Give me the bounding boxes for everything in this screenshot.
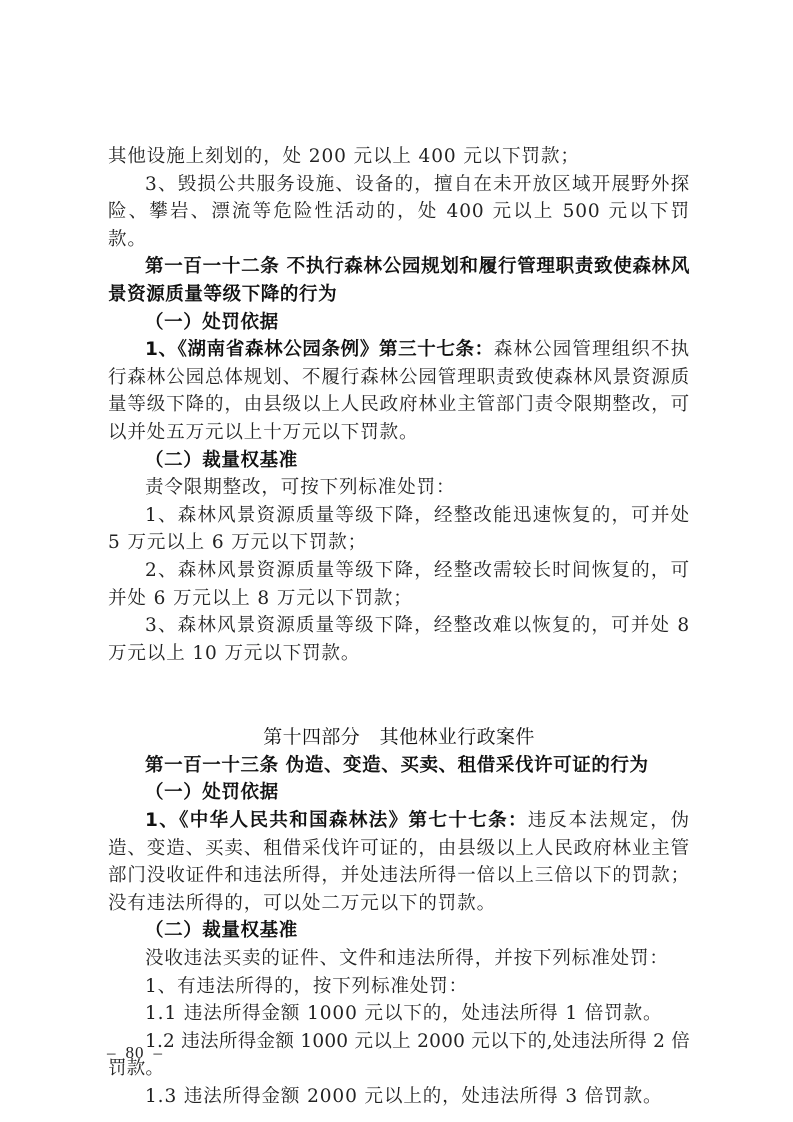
article-112-title: 第一百一十二条 不执行森林公园规划和履行管理职责致使森林风景资源质量等级下降的行… (108, 253, 690, 308)
article-113-item-1-2: 1.2 违法所得金额 1000 元以上 2000 元以下的,处违法所得 2 倍罚… (108, 1028, 690, 1083)
page-number: 80 (126, 1043, 145, 1062)
part-14-title: 第十四部分 其他林业行政案件 (108, 724, 690, 752)
article-112-basis-ref: 1、《湖南省森林公园条例》第三十七条： (145, 339, 494, 360)
article-112-item-1: 1、森林风景资源质量等级下降，经整改能迅速恢复的，可并处 5 万元以上 6 万元… (108, 502, 690, 557)
article-113-basis: 1、《中华人民共和国森林法》第七十七条：违反本法规定，伪造、变造、买卖、租借采伐… (108, 807, 690, 917)
article-112-basis: 1、《湖南省森林公园条例》第三十七条：森林公园管理组织不执行森林公园总体规划、不… (108, 336, 690, 446)
footer-dash-left: – (107, 1043, 117, 1062)
article-112-basis-heading: （一）处罚依据 (108, 309, 690, 337)
paragraph-continuation: 其他设施上刻划的，处 200 元以上 400 元以下罚款； (108, 143, 690, 171)
article-113-basis-ref: 1、《中华人民共和国森林法》第七十七条： (145, 810, 528, 831)
article-113-basis-heading: （一）处罚依据 (108, 779, 690, 807)
footer-dash-right: – (154, 1043, 164, 1062)
article-112-standard-intro: 责令限期整改，可按下列标准处罚： (108, 474, 690, 502)
document-page: 其他设施上刻划的，处 200 元以上 400 元以下罚款； 3、毁损公共服务设施… (108, 143, 690, 1111)
article-113-item-1-1: 1.1 违法所得金额 1000 元以下的，处违法所得 1 倍罚款。 (108, 1000, 690, 1028)
article-113-standard-intro: 没收违法买卖的证件、文件和违法所得，并按下列标准处罚： (108, 945, 690, 973)
article-113-title: 第一百一十三条 伪造、变造、买卖、租借采伐许可证的行为 (108, 752, 690, 780)
article-112-item-2: 2、森林风景资源质量等级下降，经整改需较长时间恢复的，可并处 6 万元以上 8 … (108, 557, 690, 612)
article-112-standard-heading: （二）裁量权基准 (108, 447, 690, 475)
article-113-sub-intro: 1、有违法所得的，按下列标准处罚： (108, 973, 690, 1001)
article-112-item-3: 3、森林风景资源质量等级下降，经整改难以恢复的，可并处 8 万元以上 10 万元… (108, 612, 690, 667)
article-113-standard-heading: （二）裁量权基准 (108, 917, 690, 945)
section-gap (108, 667, 690, 724)
article-113-item-1-3: 1.3 违法所得金额 2000 元以上的，处违法所得 3 倍罚款。 (108, 1083, 690, 1111)
paragraph-item-3: 3、毁损公共服务设施、设备的，擅自在未开放区域开展野外探险、攀岩、漂流等危险性活… (108, 171, 690, 254)
page-footer: –80– (107, 1043, 163, 1063)
